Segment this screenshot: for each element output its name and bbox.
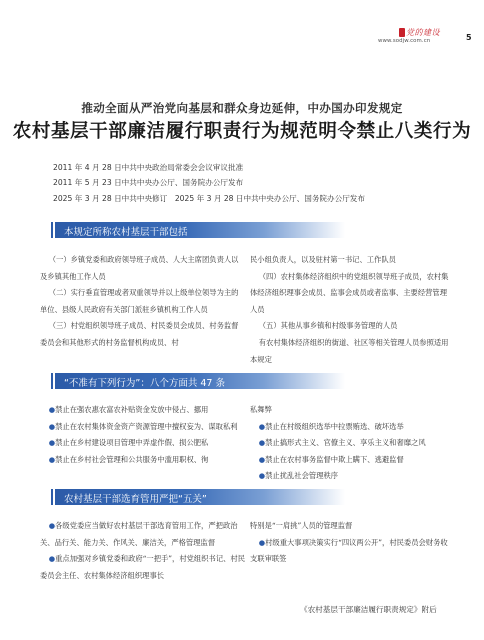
paragraph-continuation: 私舞弊 bbox=[250, 402, 450, 419]
paragraph: （五）其他从事乡镇和村级事务管理的人员 bbox=[250, 318, 450, 335]
list-item: ●禁止在乡村社会管理和公共服务中滥用职权、徇 bbox=[40, 452, 245, 469]
section-heading-text: “不准有下列行为”：八个方面共 47 条 bbox=[64, 375, 225, 389]
banner-accent-bar bbox=[51, 373, 53, 389]
article-title: 农村基层干部廉洁履行职责行为规范明令禁止八类行为 bbox=[0, 117, 484, 143]
date-line: 2011 年 5 月 23 日中共中央办公厅、国务院办公厅发布 bbox=[53, 175, 365, 190]
page-number: 5 bbox=[466, 33, 472, 42]
paragraph-continuation: 特别是“一肩挑”人员的管理监督 bbox=[250, 518, 450, 535]
page-header: 党的建设 www.sodjw.com.cn 5 bbox=[378, 28, 478, 50]
list-item: ●各级党委应当做好农村基层干部选育管用工作，严把政治关、品行关、能力关、作风关、… bbox=[40, 518, 245, 551]
paragraph: （二）实行垂直管理或者双重领导并以上级单位领导为主的单位、县级人民政府有关部门派… bbox=[40, 285, 245, 318]
article-subtitle: 推动全面从严治党向基层和群众身边延伸，中办国办印发规定 bbox=[0, 100, 484, 116]
section-heading-prohibited: “不准有下列行为”：八个方面共 47 条 bbox=[55, 373, 345, 389]
logo-text: 党的建设 bbox=[406, 27, 440, 38]
attachment-caption: 《农村基层干部廉洁履行职责规定》附后 bbox=[300, 604, 437, 615]
list-item: ●禁止扰乱社会管理秩序 bbox=[250, 468, 450, 485]
list-item: ●禁止搞形式主义、官僚主义、享乐主义和奢靡之风 bbox=[250, 435, 450, 452]
banner-accent-bar bbox=[51, 222, 53, 238]
section-heading-text: 农村基层干部选育管用严把“五关” bbox=[64, 491, 207, 505]
section-heading-scope: 本规定所称农村基层干部包括 bbox=[55, 222, 345, 238]
section-3-left-column: ●各级党委应当做好农村基层干部选育管用工作，严把政治关、品行关、能力关、作风关、… bbox=[40, 518, 245, 584]
section-1-left-column: （一）乡镇党委和政府领导班子成员、人大主席团负责人以及乡镇其他工作人员 （二）实… bbox=[40, 252, 245, 352]
list-item: ●禁止在农村集体资金资产资源管理中擅权妄为、谋取私利 bbox=[40, 419, 245, 436]
paragraph: 民小组负责人，以及驻村第一书记、工作队员 bbox=[250, 252, 450, 269]
date-line: 2011 年 4 月 28 日中共中央政治局常委会会议审议批准 bbox=[53, 160, 365, 175]
publication-dates: 2011 年 4 月 28 日中共中央政治局常委会会议审议批准 2011 年 5… bbox=[53, 160, 365, 206]
list-item: ●禁止在强农惠农富农补贴资金发放中侵占、挪用 bbox=[40, 402, 245, 419]
section-2-right-column: 私舞弊 ●禁止在村级组织选举中拉票贿选、破坏选举 ●禁止搞形式主义、官僚主义、享… bbox=[250, 402, 450, 485]
logo-url: www.sodjw.com.cn bbox=[378, 38, 430, 44]
banner-accent-bar bbox=[51, 489, 53, 505]
section-3-right-column: 特别是“一肩挑”人员的管理监督 ●村级重大事项决策实行“四议两公开”，村民委员会… bbox=[250, 518, 450, 568]
list-item: ●禁止在村级组织选举中拉票贿选、破坏选举 bbox=[250, 419, 450, 436]
section-1-right-column: 民小组负责人，以及驻村第一书记、工作队员 （四）农村集体经济组织中的党组织领导班… bbox=[250, 252, 450, 368]
paragraph: （一）乡镇党委和政府领导班子成员、人大主席团负责人以及乡镇其他工作人员 bbox=[40, 252, 245, 285]
logo-emblem-icon bbox=[399, 28, 405, 37]
paragraph: （四）农村集体经济组织中的党组织领导班子成员，农村集体经济组织理事会成员、监事会… bbox=[250, 269, 450, 319]
list-item: ●重点加强对乡镇党委和政府“一把手”，村党组织书记、村民委员会主任、农村集体经济… bbox=[40, 551, 245, 584]
date-line: 2025 年 3 月 28 日中共中央修订 2025 年 3 月 28 日中共中… bbox=[53, 191, 365, 206]
paragraph: 有农村集体经济组织的街道、社区等相关管理人员参照适用本规定 bbox=[250, 335, 450, 368]
magazine-logo: 党的建设 www.sodjw.com.cn bbox=[378, 28, 448, 48]
section-heading-text: 本规定所称农村基层干部包括 bbox=[64, 224, 188, 238]
section-heading-five-gates: 农村基层干部选育管用严把“五关” bbox=[55, 489, 345, 505]
paragraph: （三）村党组织领导班子成员、村民委员会成员、村务监督委员会和其他形式的村务监督机… bbox=[40, 318, 245, 351]
list-item: ●村级重大事项决策实行“四议两公开”，村民委员会财务收支联审联签 bbox=[250, 535, 450, 568]
list-item: ●禁止在乡村建设项目管理中弄虚作假、损公肥私 bbox=[40, 435, 245, 452]
list-item: ●禁止在农村事务监督中欺上瞒下、逃避监督 bbox=[250, 452, 450, 469]
section-2-left-column: ●禁止在强农惠农富农补贴资金发放中侵占、挪用 ●禁止在农村集体资金资产资源管理中… bbox=[40, 402, 245, 468]
